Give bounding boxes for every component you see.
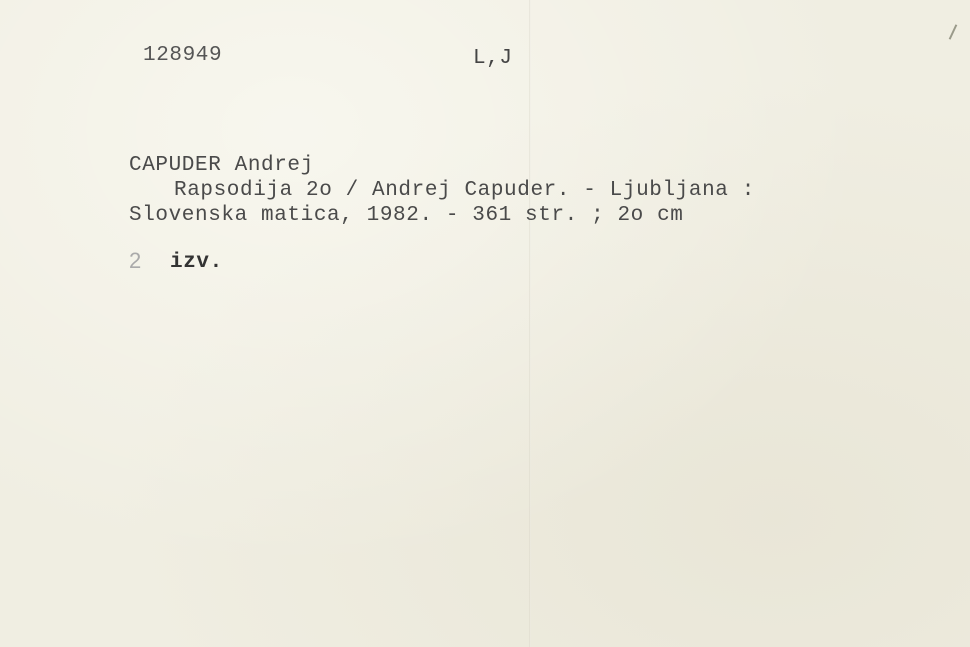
- title-statement: Rapsodija 2o / Andrej Capuder. - Ljublja…: [174, 180, 755, 201]
- corner-pencil-mark: [949, 24, 958, 39]
- accession-number: 128949: [143, 45, 222, 66]
- card-fold-line: [529, 0, 531, 647]
- copies-count: 2: [129, 250, 142, 272]
- catalog-card: 128949 L,J CAPUDER Andrej Rapsodija 2o /…: [0, 0, 970, 647]
- copies-label: izv.: [170, 252, 223, 273]
- location-code: L,J: [473, 48, 513, 69]
- author-heading: CAPUDER Andrej: [129, 155, 314, 176]
- publication-statement: Slovenska matica, 1982. - 361 str. ; 2o …: [129, 205, 684, 226]
